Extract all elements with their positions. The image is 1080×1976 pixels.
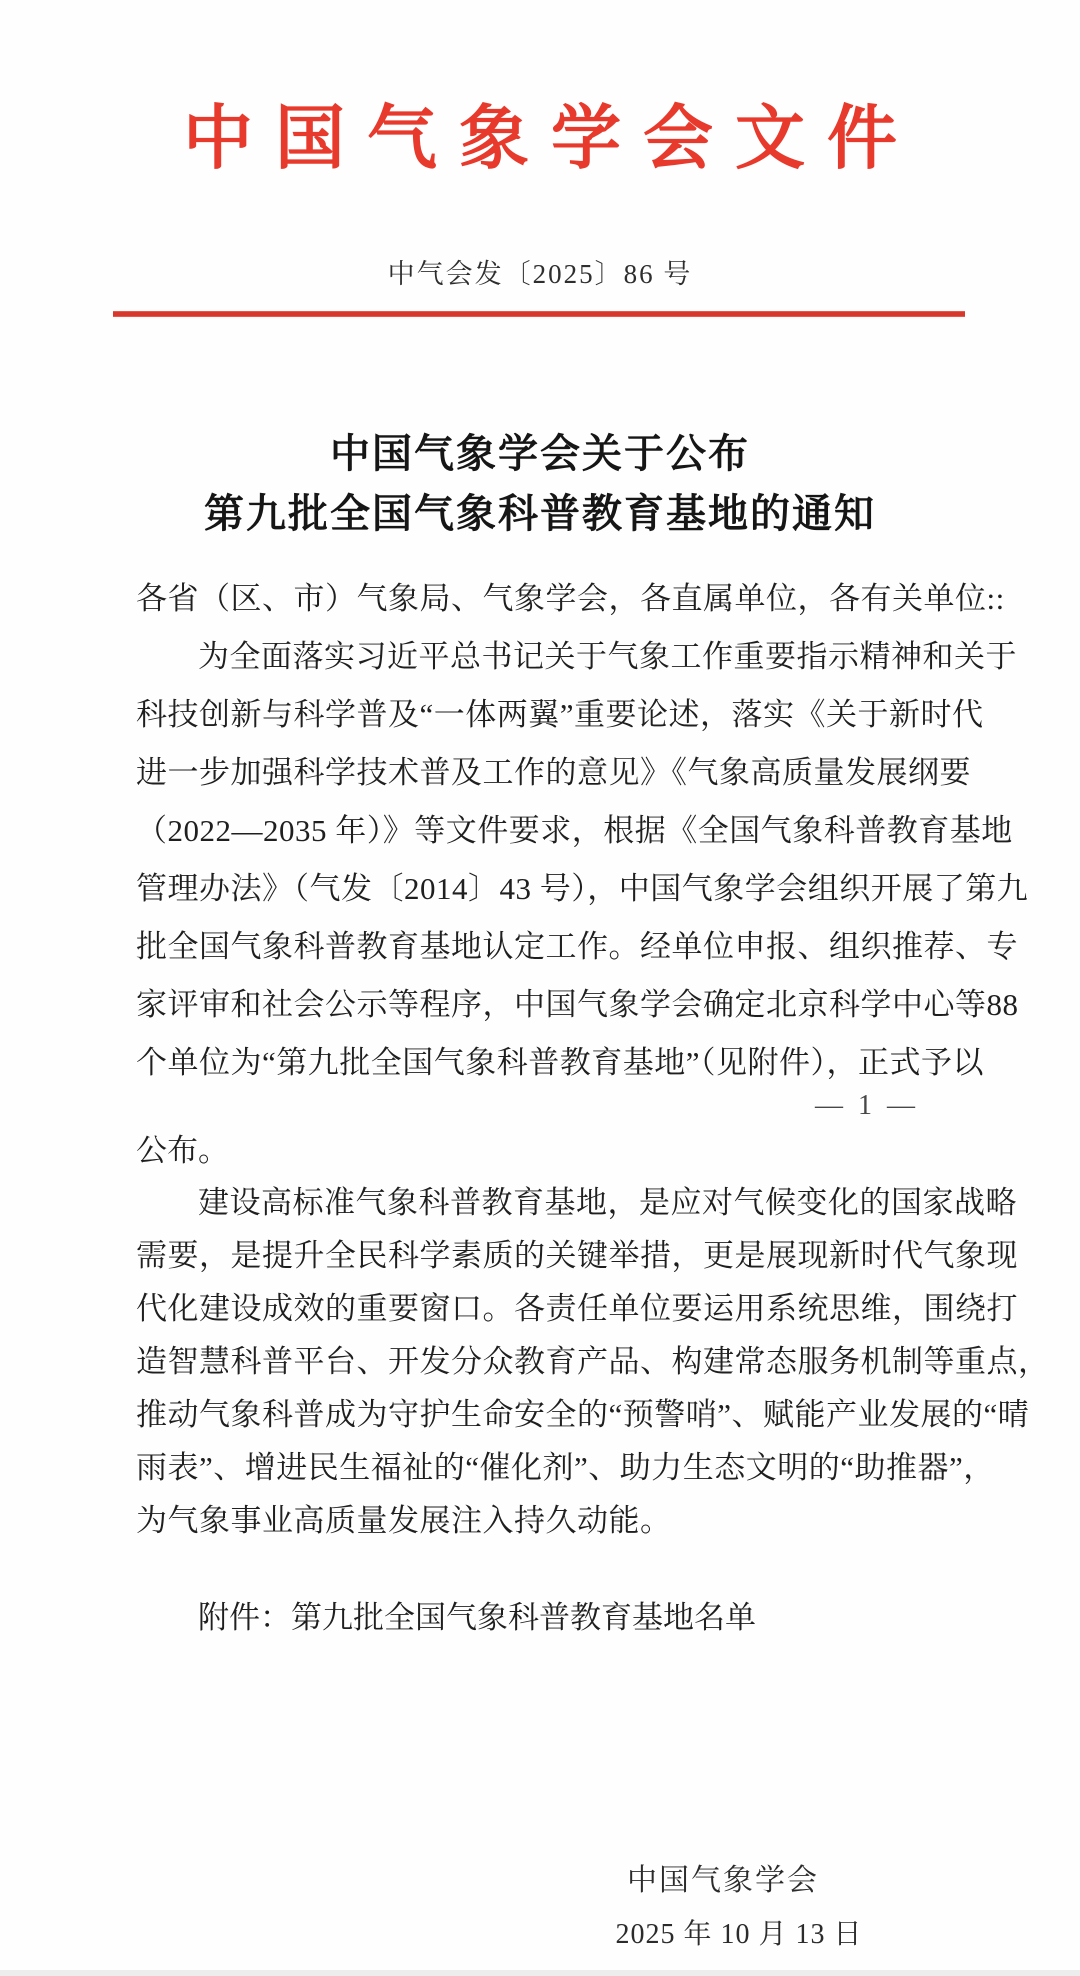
attachment-reference: 附件：第九批全国气象科普教育基地名单 bbox=[136, 1592, 970, 1637]
document-number: 中气会发〔2025〕86 号 bbox=[0, 252, 1080, 291]
body-line: 管理办法》（气发〔2014〕43 号），中国气象学会组织开展了第九 bbox=[136, 860, 970, 918]
body-line: 代化建设成效的重要窗口。各责任单位要运用系统思维，围绕打 bbox=[136, 1282, 970, 1335]
body-line: 批全国气象科普教育基地认定工作。经单位申报、组织推荐、专 bbox=[136, 918, 970, 976]
body-paragraph-1: 各省（区、市）气象局、气象学会，各直属单位，各有关单位:: 为全面落实习近平总书… bbox=[136, 570, 970, 1092]
continuation-line: 公布。 bbox=[136, 1131, 229, 1171]
issuing-organization: 中国气象学会 bbox=[627, 1855, 819, 1899]
document-header-title: 中国气象学会文件 bbox=[0, 82, 1080, 183]
body-line: 造智慧科普平台、开发分众教育产品、构建常态服务机制等重点， bbox=[136, 1335, 970, 1388]
issue-date: 2025 年 10 月 13 日 bbox=[615, 1912, 862, 1952]
notice-title-line-1: 中国气象学会关于公布 bbox=[0, 424, 1080, 484]
red-divider-rule bbox=[113, 311, 965, 317]
body-line: 科技创新与科学普及“一体两翼”重要论述，落实《关于新时代 bbox=[136, 686, 970, 744]
body-line: 家评审和社会公示等程序，中国气象学会确定北京科学中心等88 bbox=[136, 976, 970, 1034]
body-line: 需要，是提升全民科学素质的关键举措，更是展现新时代气象现 bbox=[136, 1229, 970, 1282]
notice-title-line-2: 第九批全国气象科普教育基地的通知 bbox=[0, 484, 1080, 544]
notice-title: 中国气象学会关于公布 第九批全国气象科普教育基地的通知 bbox=[0, 424, 1080, 544]
body-line: 雨表”、增进民生福祉的“催化剂”、助力生态文明的“助推器”， bbox=[136, 1441, 970, 1494]
official-document-page: 中国气象学会文件 中气会发〔2025〕86 号 中国气象学会关于公布 第九批全国… bbox=[0, 0, 1080, 1976]
body-line: 为气象事业高质量发展注入持久动能。 bbox=[136, 1494, 970, 1547]
body-paragraph-2: 建设高标准气象科普教育基地，是应对气候变化的国家战略 需要，是提升全民科学素质的… bbox=[136, 1176, 970, 1547]
body-line: （2022—2035 年）》等文件要求，根据《全国气象科普教育基地 bbox=[136, 802, 970, 860]
salutation-line: 各省（区、市）气象局、气象学会，各直属单位，各有关单位:: bbox=[136, 570, 970, 628]
page-number-marker: — 1 — bbox=[815, 1090, 919, 1122]
body-line: 建设高标准气象科普教育基地，是应对气候变化的国家战略 bbox=[136, 1176, 970, 1229]
scan-bottom-edge bbox=[0, 1970, 1080, 1976]
body-line: 个单位为“第九批全国气象科普教育基地”（见附件），正式予以 bbox=[136, 1034, 970, 1092]
body-line: 推动气象科普成为守护生命安全的“预警哨”、赋能产业发展的“晴 bbox=[136, 1388, 970, 1441]
body-line: 为全面落实习近平总书记关于气象工作重要指示精神和关于 bbox=[136, 628, 970, 686]
body-line: 进一步加强科学技术普及工作的意见》《气象高质量发展纲要 bbox=[136, 744, 970, 802]
